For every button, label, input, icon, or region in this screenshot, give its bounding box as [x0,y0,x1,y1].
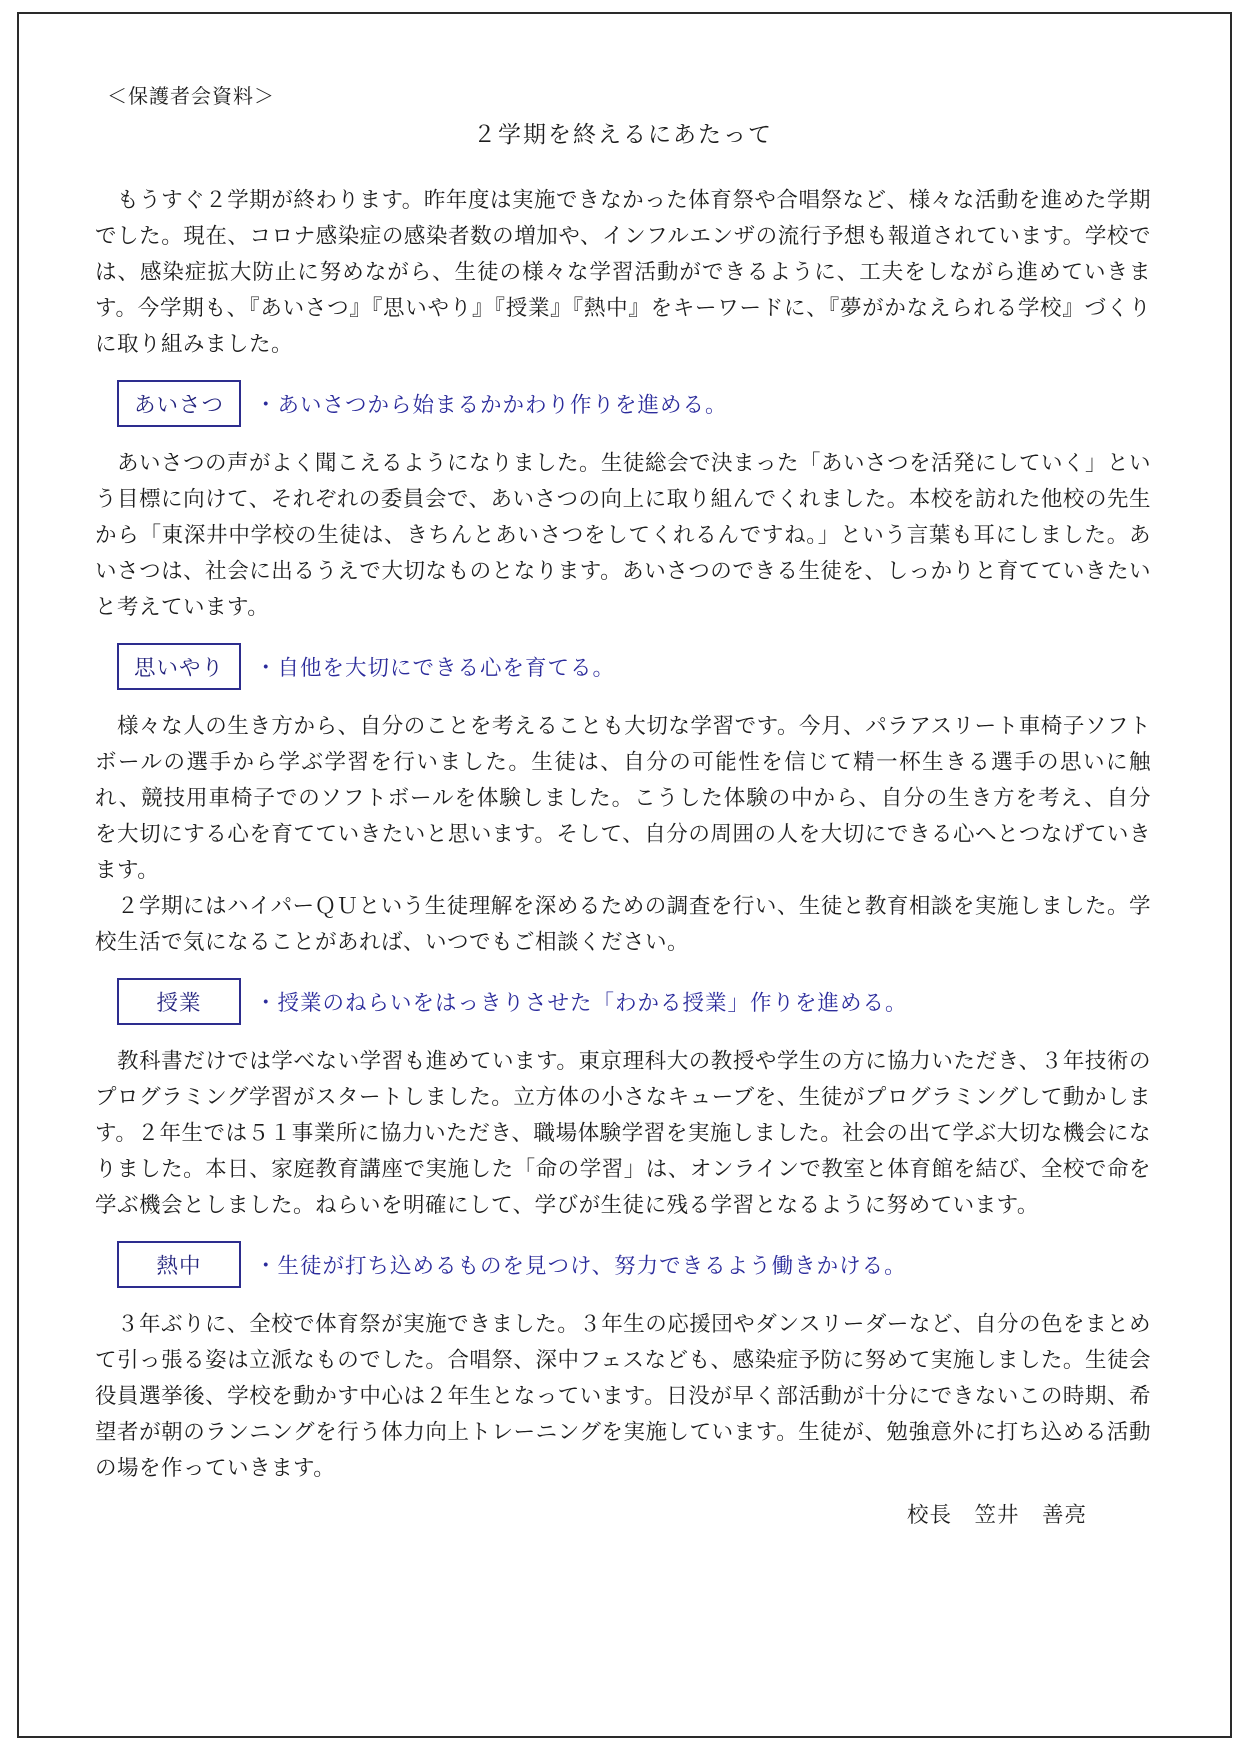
principal-signature: 校長 笠井 善亮 [95,1498,1151,1529]
section-compassion-paragraph-2: ２学期にはハイパーＱＵという生徒理解を深めるための調査を行い、生徒と教育相談を実… [95,888,1151,960]
doc-tag: ＜保護者会資料＞ [107,80,1151,110]
keyword-goal-greeting: ・あいさつから始まるかかわり作りを進める。 [255,388,728,419]
section-enthusiasm-header: 熱中 ・生徒が打ち込めるものを見つけ、努力できるよう働きかける。 [117,1241,1151,1288]
document-content: ＜保護者会資料＞ ２学期を終えるにあたって もうすぐ２学期が終わります。昨年度は… [95,80,1151,1529]
keyword-box-enthusiasm: 熱中 [117,1241,241,1288]
section-lesson-header: 授業 ・授業のねらいをはっきりさせた「わかる授業」作りを進める。 [117,978,1151,1025]
keyword-box-greeting: あいさつ [117,380,241,427]
section-enthusiasm-paragraph: ３年ぶりに、全校で体育祭が実施できました。３年生の応援団やダンスリーダーなど、自… [95,1306,1151,1486]
section-greeting-header: あいさつ ・あいさつから始まるかかわり作りを進める。 [117,380,1151,427]
keyword-box-compassion: 思いやり [117,643,241,690]
section-compassion-paragraph-1: 様々な人の生き方から、自分のことを考えることも大切な学習です。今月、パラアスリー… [95,708,1151,888]
keyword-label: あいさつ [134,388,224,419]
page-title: ２学期を終えるにあたって [95,116,1151,150]
document-page: ＜保護者会資料＞ ２学期を終えるにあたって もうすぐ２学期が終わります。昨年度は… [0,0,1241,1754]
section-compassion-header: 思いやり ・自他を大切にできる心を育てる。 [117,643,1151,690]
keyword-label: 思いやり [134,651,224,682]
section-lesson-paragraph: 教科書だけでは学べない学習も進めています。東京理科大の教授や学生の方に協力いただ… [95,1043,1151,1223]
intro-paragraph: もうすぐ２学期が終わります。昨年度は実施できなかった体育祭や合唱祭など、様々な活… [95,182,1151,362]
keyword-label: 授業 [156,986,201,1017]
keyword-goal-enthusiasm: ・生徒が打ち込めるものを見つけ、努力できるよう働きかける。 [255,1249,907,1280]
keyword-box-lesson: 授業 [117,978,241,1025]
section-greeting-paragraph: あいさつの声がよく聞こえるようになりました。生徒総会で決まった「あいさつを活発に… [95,445,1151,625]
keyword-goal-lesson: ・授業のねらいをはっきりさせた「わかる授業」作りを進める。 [255,986,908,1017]
keyword-goal-compassion: ・自他を大切にできる心を育てる。 [255,651,615,682]
keyword-label: 熱中 [156,1249,201,1280]
